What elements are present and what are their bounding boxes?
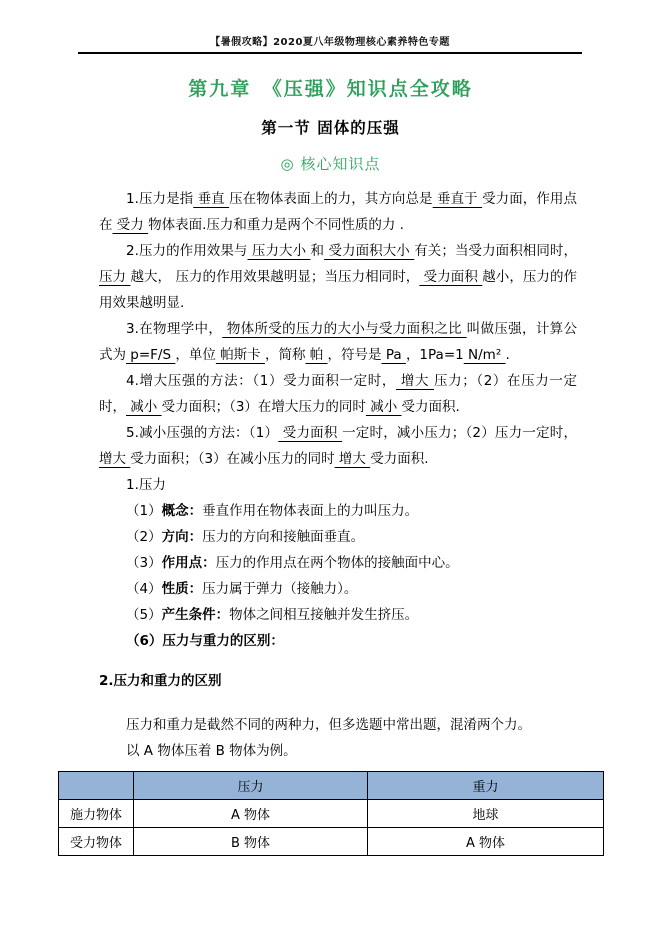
text-run: 1.压力是指 (126, 191, 193, 207)
knowledge-point-3: 3.在物理学中， 物体所受的压力的大小与受力面积之比 叫做压强，计算公式为 p=… (99, 316, 577, 368)
blank-answer: N/m² (464, 347, 506, 363)
text-run: 越大， 压力的作用效果越明显；当压力相同时， (130, 269, 419, 285)
text-run: （3） (126, 555, 162, 571)
blank-answer: 减小 (126, 399, 162, 415)
table-cell: A 物体 (134, 800, 368, 828)
text-run: 压力的作用点在两个物体的接触面中心。 (216, 555, 459, 571)
table-cell: 地球 (368, 800, 604, 828)
blank-answer: Pa (382, 347, 406, 363)
text-run: 方向： (162, 529, 203, 545)
text-run: . (506, 347, 510, 363)
table-cell: A 物体 (368, 828, 604, 856)
text-run: 5.减小压强的方法：（1） (126, 425, 278, 441)
blank-answer: 垂直 (193, 191, 229, 207)
comparison-table: 压力重力 施力物体A 物体地球受力物体B 物体A 物体 (58, 771, 604, 856)
text-run: 压在物体表面上的力，其方向总是 (229, 191, 433, 207)
knowledge-point-4: 4.增大压强的方法：（1）受力面积一定时， 增大 压力；（2）在压力一定时， 减… (99, 368, 577, 420)
blank-answer: 受力面积 (419, 269, 482, 285)
blank-answer: 垂直于 (433, 191, 482, 207)
document-body: 1.压力是指 垂直 压在物体表面上的力，其方向总是 垂直于 受力面，作用点在 受… (0, 174, 661, 856)
blank-answer: 帕斯卡 (216, 347, 265, 363)
text-run: （6）压力与重力的区别： (126, 633, 284, 649)
difference-intro: 压力和重力是截然不同的两种力，但多选题中常出题，混淆两个力。 (99, 712, 577, 738)
core-knowledge-heading: ◎核心知识点 (0, 153, 661, 174)
text-run: （1） (126, 503, 162, 519)
pressure-item-6: （6）压力与重力的区别： (99, 628, 577, 654)
text-run: （5） (126, 607, 162, 623)
bullseye-icon: ◎ (280, 155, 294, 173)
text-run: 受力面积. (370, 451, 428, 467)
text-run: 垂直作用在物体表面上的力叫压力。 (202, 503, 418, 519)
blank-answer: 增大 (396, 373, 434, 389)
section-2-heading: 2.压力和重力的区别 (99, 668, 577, 694)
text-run: 3.在物理学中， (126, 321, 222, 337)
blank-answer: p=F/S (126, 347, 175, 363)
text-run: 性质： (162, 581, 203, 597)
text-run: 物体表面.压力和重力是两个不同性质的力 . (148, 217, 404, 233)
blank-answer: 物体所受的压力的大小与受力面积之比 (222, 321, 466, 337)
blank-answer: 增大 (335, 451, 371, 467)
text-run: 压力属于弹力（接触力）。 (202, 581, 357, 597)
text-run: 概念： (162, 503, 203, 519)
text-run: ，符号是 (328, 347, 382, 363)
text-run: 和 (311, 243, 325, 259)
pressure-item-2: （2）方向：压力的方向和接触面垂直。 (99, 524, 577, 550)
text-run: 受力面积；（3）在减小压力的同时 (130, 451, 334, 467)
table-cell: 受力物体 (59, 828, 134, 856)
text-run: 以 A 物体压着 B 物体为例。 (126, 743, 297, 759)
text-run: 2.压力的作用效果与 (126, 243, 248, 259)
table-header-cell: 压力 (134, 772, 368, 800)
text-run: ，简称 (265, 347, 306, 363)
blank-answer: 压力大小 (248, 243, 311, 259)
table-header-cell (59, 772, 134, 800)
blank-answer: 受力 (113, 217, 149, 233)
text-run: 4.增大压强的方法：（1）受力面积一定时， (126, 373, 396, 389)
text-run: （2） (126, 529, 162, 545)
text-run: 1.压力 (126, 477, 166, 493)
knowledge-point-2: 2.压力的作用效果与 压力大小 和 受力面积大小 有关；当受力面积相同时，压力 … (99, 238, 577, 316)
doc-header: 【暑假攻略】2020夏八年级物理核心素养特色专题 (78, 0, 582, 54)
text-run: 作用点： (162, 555, 216, 571)
core-knowledge-label: 核心知识点 (301, 155, 381, 173)
text-run: 产生条件： (162, 607, 230, 623)
text-run: ，单位 (175, 347, 216, 363)
text-run: 2.压力和重力的区别 (99, 673, 222, 689)
page-title: 第九章 《压强》知识点全攻略 (0, 74, 661, 101)
text-run: 压力和重力是截然不同的两种力，但多选题中常出题，混淆两个力。 (126, 717, 531, 733)
comparison-table-head: 压力重力 (59, 772, 604, 800)
knowledge-point-1: 1.压力是指 垂直 压在物体表面上的力，其方向总是 垂直于 受力面，作用点在 受… (99, 186, 577, 238)
pressure-item-1: （1）概念：垂直作用在物体表面上的力叫压力。 (99, 498, 577, 524)
blank-answer: 增大 (99, 451, 130, 467)
blank-answer: 帕 (305, 347, 327, 363)
section-subtitle: 第一节 固体的压强 (0, 116, 661, 138)
text-run: 压力的方向和接触面垂直。 (202, 529, 364, 545)
table-cell: 施力物体 (59, 800, 134, 828)
table-row: 施力物体A 物体地球 (59, 800, 604, 828)
knowledge-point-5: 5.减小压强的方法：（1） 受力面积 一定时，减小压力；（2）压力一定时，增大 … (99, 420, 577, 472)
text-run: 物体之间相互接触并发生挤压。 (229, 607, 418, 623)
blank-answer: 受力面积 (278, 425, 342, 441)
comparison-table-body: 施力物体A 物体地球受力物体B 物体A 物体 (59, 800, 604, 856)
pressure-item-3: （3）作用点：压力的作用点在两个物体的接触面中心。 (99, 550, 577, 576)
pressure-item-5: （5）产生条件：物体之间相互接触并发生挤压。 (99, 602, 577, 628)
text-run: （4） (126, 581, 162, 597)
text-run: ，1Pa=1 (406, 347, 464, 363)
table-cell: B 物体 (134, 828, 368, 856)
table-row: 受力物体B 物体A 物体 (59, 828, 604, 856)
text-run: 一定时，减小压力；（2）压力一定时， (342, 425, 577, 441)
pressure-heading: 1.压力 (99, 472, 577, 498)
pressure-item-4: （4）性质：压力属于弹力（接触力）。 (99, 576, 577, 602)
table-header-cell: 重力 (368, 772, 604, 800)
text-run: 有关；当受力面积相同时， (414, 243, 577, 259)
blank-answer: 受力面积大小 (324, 243, 414, 259)
text-run: 受力面积. (402, 399, 460, 415)
blank-answer: 减小 (366, 399, 402, 415)
text-run: 受力面积；（3）在增大压力的同时 (162, 399, 366, 415)
document-page: 【暑假攻略】2020夏八年级物理核心素养特色专题 第九章 《压强》知识点全攻略 … (0, 0, 661, 935)
blank-answer: 压力 (99, 269, 130, 285)
example-intro: 以 A 物体压着 B 物体为例。 (99, 738, 577, 764)
